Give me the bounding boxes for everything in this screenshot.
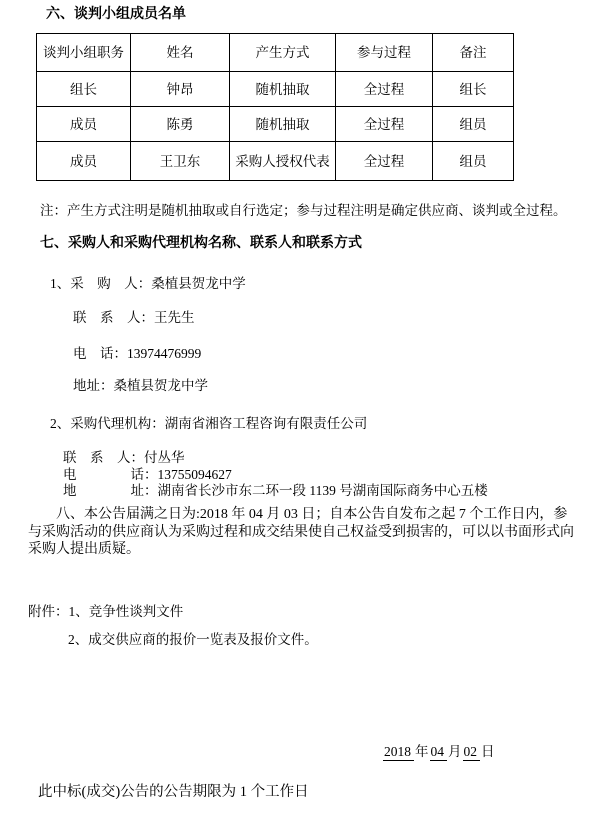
agency-address-line: 地 址：湖南省长沙市东二环一段 1139 号湖南国际商务中心五楼 (63, 479, 488, 499)
cell-method: 采购人授权代表 (230, 142, 336, 181)
header-cell-remark: 备注 (433, 34, 514, 72)
table-header-row: 谈判小组职务 姓名 产生方式 参与过程 备注 (37, 34, 514, 72)
table-note: 注：产生方式注明是随机抽取或自行选定；参与过程注明是确定供应商、谈判或全过程。 (40, 199, 567, 219)
members-table: 谈判小组职务 姓名 产生方式 参与过程 备注 组长 钟昂 随机抽取 全过程 组长… (36, 33, 514, 181)
purchaser-name-line: 1、采 购 人：桑植县贺龙中学 (50, 272, 246, 292)
date-month: 04 (430, 744, 448, 761)
date-day-unit: 日 (481, 744, 495, 759)
cell-name: 王卫东 (131, 142, 230, 181)
cell-remark: 组长 (433, 72, 514, 107)
cell-remark: 组员 (433, 142, 514, 181)
purchaser-phone-line: 电 话：13974476999 (73, 342, 201, 362)
section6-title: 六、谈判小组成员名单 (46, 3, 186, 23)
section7-title: 七、采购人和采购代理机构名称、联系人和联系方式 (40, 232, 362, 252)
cell-name: 钟昂 (131, 72, 230, 107)
date-year-unit: 年 (415, 744, 429, 759)
announcement-date: 2018年04月02日 (383, 740, 496, 760)
cell-method: 随机抽取 (230, 107, 336, 142)
date-year: 2018 (383, 744, 414, 761)
cell-role: 成员 (37, 142, 131, 181)
table-row: 成员 王卫东 采购人授权代表 全过程 组员 (37, 142, 514, 181)
table-row: 组长 钟昂 随机抽取 全过程 组长 (37, 72, 514, 107)
cell-remark: 组员 (433, 107, 514, 142)
date-month-unit: 月 (448, 744, 462, 759)
header-cell-name: 姓名 (131, 34, 230, 72)
date-day: 02 (463, 744, 481, 761)
cell-process: 全过程 (336, 72, 433, 107)
document-page: 六、谈判小组成员名单 谈判小组职务 姓名 产生方式 参与过程 备注 组长 钟昂 … (0, 0, 599, 817)
cell-process: 全过程 (336, 142, 433, 181)
table-row: 成员 陈勇 随机抽取 全过程 组员 (37, 107, 514, 142)
header-cell-process: 参与过程 (336, 34, 433, 72)
cell-process: 全过程 (336, 107, 433, 142)
cell-role: 成员 (37, 107, 131, 142)
members-table-wrap: 谈判小组职务 姓名 产生方式 参与过程 备注 组长 钟昂 随机抽取 全过程 组长… (36, 33, 514, 181)
footer-notice: 此中标(成交)公告的公告期限为 1 个工作日 (38, 780, 309, 801)
purchaser-contact-line: 联 系 人：王先生 (73, 306, 195, 326)
cell-method: 随机抽取 (230, 72, 336, 107)
attachment-line-1: 附件：1、竞争性谈判文件 (28, 600, 183, 620)
header-cell-method: 产生方式 (230, 34, 336, 72)
section8-paragraph: 八、本公告届满之日为:2018 年 04 月 03 日；自本公告自发布之起 7 … (28, 506, 575, 559)
attachment-line-2: 2、成交供应商的报价一览表及报价文件。 (68, 628, 318, 648)
agency-name-line: 2、采购代理机构：湖南省湘咨工程咨询有限责任公司 (50, 412, 367, 432)
cell-name: 陈勇 (131, 107, 230, 142)
header-cell-role: 谈判小组职务 (37, 34, 131, 72)
cell-role: 组长 (37, 72, 131, 107)
purchaser-address-line: 地址：桑植县贺龙中学 (73, 374, 208, 394)
